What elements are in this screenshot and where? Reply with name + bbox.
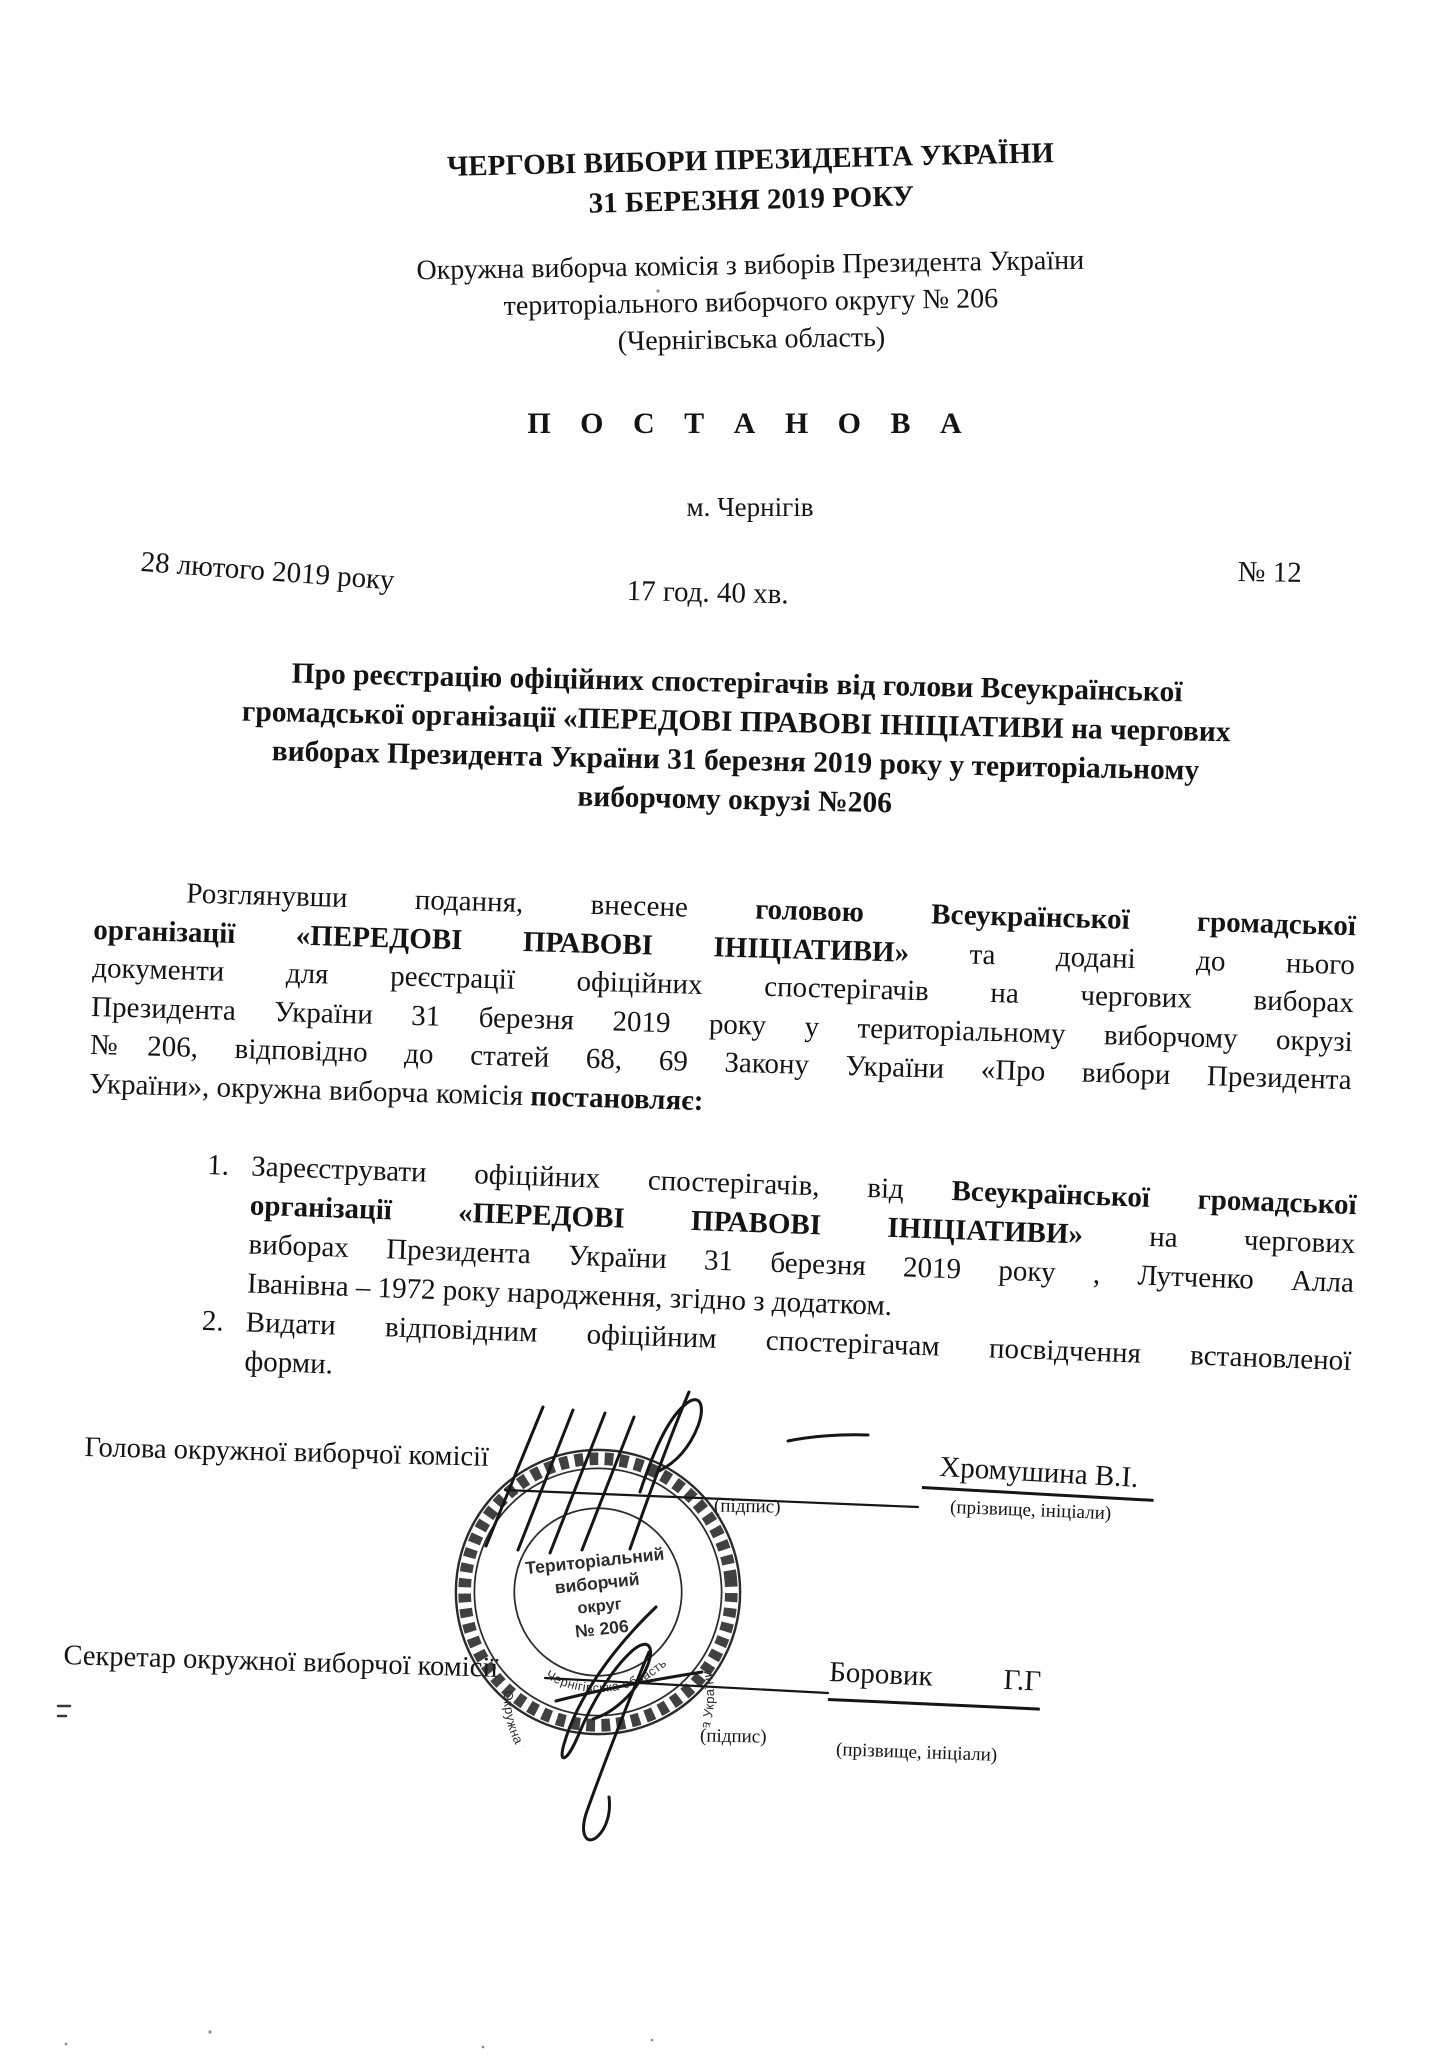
doc-body-paragraph: Розглянувши подання, внесене головою Все…	[89, 872, 1357, 1138]
secretary-name-caption: (прізвище, ініціали)	[836, 1739, 998, 1767]
head-name-caption: (прізвище, ініціали)	[950, 1497, 1112, 1525]
stamp-center-text: Територіальний виборчий округ № 206	[524, 1544, 672, 1646]
doc-date: 28 лютого 2019 року	[140, 546, 396, 598]
secretary-role-label: Секретар окружної виборчої комісії	[63, 1640, 499, 1685]
election-header: ЧЕРГОВІ ВИБОРИ ПРЕЗИДЕНТА УКРАЇНИ 31 БЕР…	[130, 126, 1371, 234]
list-item-marker: 2.	[201, 1302, 246, 1343]
doc-text: на чергових	[1149, 1221, 1356, 1260]
commission-block: Окружна виборча комісія з виборів Презид…	[130, 237, 1372, 367]
doc-title: Про реєстрацію офіційних спостерігачів в…	[112, 651, 1360, 833]
doc-type-heading: П О С Т А Н О В А	[130, 407, 1370, 441]
doc-text-bold: постановляє:	[530, 1080, 704, 1117]
doc-time: 17 год. 40 хв.	[626, 575, 789, 611]
svg-text:округ: округ	[576, 1594, 622, 1618]
scanned-document-page: ЧЕРГОВІ ВИБОРИ ПРЕЗИДЕНТА УКРАЇНИ 31 БЕР…	[0, 0, 1456, 2060]
doc-number: № 12	[1238, 556, 1302, 590]
secretary-surname: Боровик	[829, 1656, 934, 1694]
stamp-bottom-text: Чернігівська область	[542, 1655, 671, 1701]
secretary-name: Боровик Г.Г	[828, 1656, 1042, 1711]
round-official-stamp: Окружна виборча комісія з виборів Презид…	[438, 1432, 759, 1753]
list-item-marker: 1.	[207, 1146, 252, 1187]
head-role-label: Голова окружної виборчої комісії	[84, 1432, 489, 1474]
scan-marks	[58, 1706, 70, 1716]
secretary-initials: Г.Г	[1003, 1664, 1042, 1699]
secretary-signature-caption: (підпис)	[700, 1725, 767, 1748]
head-name: Хромушина В.І.	[922, 1450, 1156, 1502]
svg-text:№ 206: № 206	[574, 1616, 630, 1642]
doc-resolution-list: 1. Зареєструвати офіційних спостерігачів…	[200, 1146, 1357, 1420]
doc-text: форми.	[244, 1345, 334, 1380]
city-line: м. Чернігів	[130, 492, 1370, 523]
